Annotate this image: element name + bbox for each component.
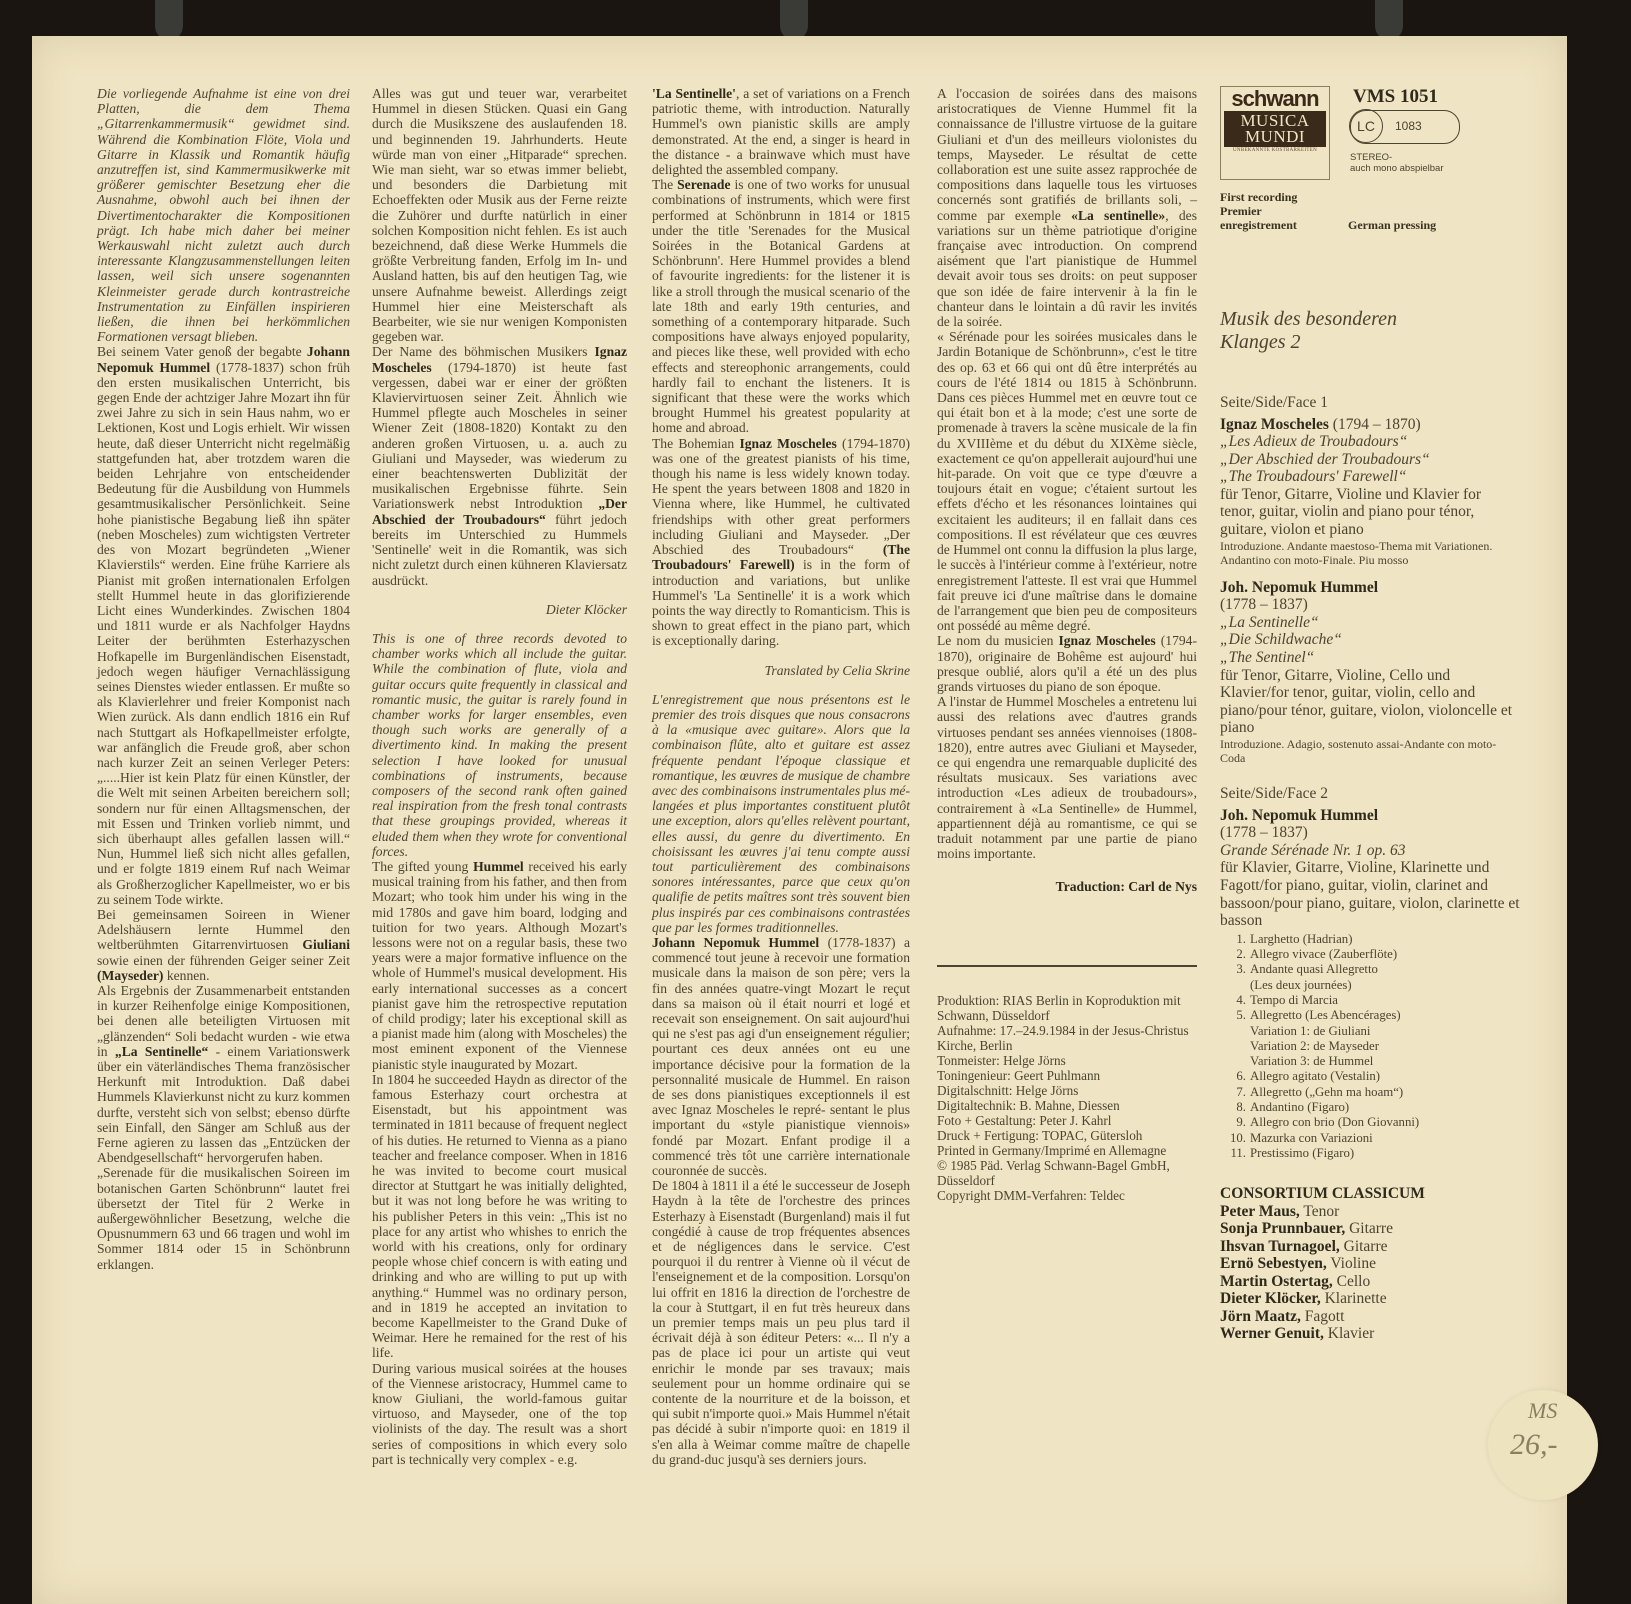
track-item: 1.Larghetto (Hadrian)	[1220, 932, 1520, 947]
track-variation: Variation 2: de Mayseder	[1220, 1039, 1520, 1054]
first-recording-note: First recording Premier enregistrement	[1220, 190, 1297, 232]
lc-icon: LC	[1349, 109, 1383, 143]
liner-notes-col3: 'La Sentinelle', a set of variations on …	[652, 86, 910, 1467]
member: Peter Maus, Tenor	[1220, 1203, 1520, 1221]
schwann-musica-mundi-logo: schwann MUSICAMUNDI UNBEKANNTE KOSTBARKE…	[1220, 86, 1330, 180]
english-paragraph: The gifted young Hummel received his ear…	[372, 859, 627, 1072]
liner-notes-german-col1: Die vorliegende Aufnahme ist eine von dr…	[97, 86, 350, 1272]
german-paragraph: Der Name des böhmischen Musikers Ignaz M…	[372, 344, 627, 587]
member: Martin Ostertag, Cello	[1220, 1273, 1520, 1291]
french-paragraph: Johann Nepomuk Hummel (1778-1837) a comm…	[652, 935, 910, 1178]
translator-signature: Translated by Celia Skrine	[652, 663, 910, 678]
french-paragraph: A l'occasion de soirées dans des maisons…	[937, 86, 1197, 329]
track-variation: Variation 1: de Giuliani	[1220, 1024, 1520, 1039]
serenade-movements: 1.Larghetto (Hadrian) 2.Allegro vivace (…	[1220, 932, 1520, 1161]
member: Jörn Maatz, Fagott	[1220, 1308, 1520, 1326]
track-item: 7.Allegretto („Gehn ma hoam“)	[1220, 1085, 1520, 1100]
german-paragraph: Als Ergebnis der Zusammenarbeit entstand…	[97, 983, 350, 1165]
german-paragraph: Bei gemeinsamen Soireen in Wiener Adelsh…	[97, 907, 350, 983]
german-paragraph: Alles was gut und teuer war, verarbeitet…	[372, 86, 627, 344]
track-item: 3.Andante quasi Allegretto	[1220, 962, 1520, 977]
track-item: 10.Mazurka con Variazioni	[1220, 1131, 1520, 1146]
member: Sonja Prunnbauer, Gitarre	[1220, 1220, 1520, 1238]
member: Ernö Sebestyen, Violine	[1220, 1255, 1520, 1273]
track-item: 9.Allegro con brio (Don Giovanni)	[1220, 1115, 1520, 1130]
price-sticker: MS 26,-	[1488, 1390, 1598, 1500]
english-paragraph: In 1804 he succeeded Haydn as director o…	[372, 1072, 627, 1361]
side-2-label: Seite/Side/Face 2	[1220, 785, 1520, 803]
english-paragraph: The Serenade is one of two works for unu…	[652, 177, 910, 435]
ensemble-members: Peter Maus, Tenor Sonja Prunnbauer, Gita…	[1220, 1203, 1520, 1343]
french-intro: L'enregistrement que nous présentons est…	[652, 692, 910, 935]
ensemble-name: CONSORTIUM CLASSICUM	[1220, 1185, 1520, 1203]
lc-code: 1083	[1395, 119, 1422, 133]
track-item: 11.Prestissimo (Figaro)	[1220, 1146, 1520, 1161]
work-hummel-sentinelle: Joh. Nepomuk Hummel (1778 – 1837) „La Se…	[1220, 579, 1520, 765]
work-hummel-serenade: Joh. Nepomuk Hummel (1778 – 1837) Grande…	[1220, 807, 1520, 1162]
stereo-note: STEREO- auch mono abspielbar	[1350, 152, 1443, 174]
track-item: 8.Andantino (Figaro)	[1220, 1100, 1520, 1115]
french-translator-signature: Traduction: Carl de Nys	[937, 879, 1197, 894]
french-paragraph: A l'instar de Hummel Moscheles a entrete…	[937, 694, 1197, 861]
english-intro: This is one of three records devoted to …	[372, 631, 627, 859]
pressing-note: German pressing	[1348, 218, 1436, 233]
track-item: 5.Allegretto (Les Abencérages)	[1220, 1008, 1520, 1023]
track-item: 2.Allegro vivace (Zauberflöte)	[1220, 947, 1520, 962]
divider-line	[937, 965, 1197, 967]
liner-notes-col2: Alles was gut und teuer war, verarbeitet…	[372, 86, 627, 1467]
liner-notes-col4: A l'occasion de soirées dans des maisons…	[937, 86, 1197, 1203]
french-paragraph: « Sérénade pour les soirées musicales da…	[937, 329, 1197, 633]
member: Ihsvan Turnagoel, Gitarre	[1220, 1238, 1520, 1256]
english-paragraph: During various musical soirées at the ho…	[372, 1361, 627, 1467]
tracklist: Seite/Side/Face 1 Ignaz Moscheles (1794 …	[1220, 386, 1520, 1343]
production-credits: Produktion: RIAS Berlin in Koproduktion …	[937, 993, 1197, 1203]
series-title: Musik des besonderen Klanges 2	[1220, 308, 1397, 354]
track-item: 6.Allegro agitato (Vestalin)	[1220, 1069, 1520, 1084]
french-paragraph: De 1804 à 1811 il a été le successeur de…	[652, 1178, 910, 1467]
member: Dieter Klöcker, Klarinette	[1220, 1290, 1520, 1308]
member: Werner Genuit, Klavier	[1220, 1325, 1520, 1343]
sleeve-clip	[780, 0, 808, 40]
english-paragraph: The Bohemian Ignaz Moscheles (1794-1870)…	[652, 436, 910, 649]
german-paragraph: „Serenade für die musikalischen Soireen …	[97, 1165, 350, 1271]
english-paragraph: 'La Sentinelle', a set of variations on …	[652, 86, 910, 177]
track-variation: Variation 3: de Hummel	[1220, 1054, 1520, 1069]
catalog-number: VMS 1051	[1353, 86, 1438, 108]
sleeve-clip	[1375, 0, 1403, 40]
german-intro: Die vorliegende Aufnahme ist eine von dr…	[97, 86, 350, 344]
record-sleeve-back: Die vorliegende Aufnahme ist eine von dr…	[32, 36, 1567, 1604]
sleeve-clip	[155, 0, 183, 40]
label-code-badge: LC 1083	[1350, 110, 1460, 144]
german-author-signature: Dieter Klöcker	[372, 602, 627, 617]
side-1-label: Seite/Side/Face 1	[1220, 394, 1520, 412]
french-paragraph: Le nom du musicien Ignaz Moscheles (1794…	[937, 633, 1197, 694]
german-paragraph: Bei seinem Vater genoß der begabte Johan…	[97, 344, 350, 907]
track-item: 4.Tempo di Marcia	[1220, 993, 1520, 1008]
work-moscheles: Ignaz Moscheles (1794 – 1870) „Les Adieu…	[1220, 416, 1520, 567]
track-item-subline: (Les deux journées)	[1220, 978, 1520, 993]
